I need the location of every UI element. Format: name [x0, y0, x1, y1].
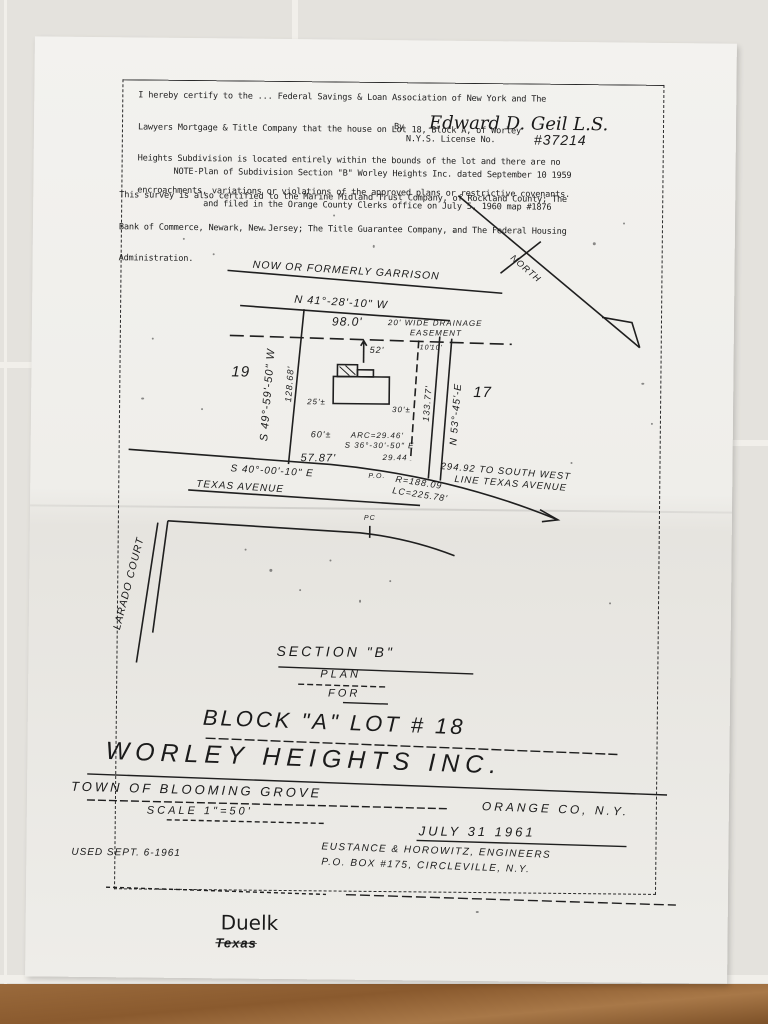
section-title: SECTION "B" [276, 643, 395, 660]
photocopy-speckle [152, 338, 154, 340]
photocopy-speckle [263, 229, 266, 231]
photocopy-speckle [299, 589, 301, 591]
point-label: P.O. [368, 473, 385, 480]
pc-label: PC [364, 515, 376, 522]
plat-drawing [25, 36, 737, 983]
tile-grout [4, 0, 7, 1024]
easement-label-2: EASEMENT [410, 328, 462, 338]
photocopy-speckle [333, 214, 335, 216]
photocopy-speckle [201, 408, 203, 410]
photocopy-speckle [623, 223, 625, 225]
photocopy-speckle [570, 462, 572, 464]
north-arrow-line [457, 196, 642, 348]
easement-width-right: 10' [431, 345, 443, 352]
photocopy-speckle [609, 602, 611, 604]
chord-bearing-label: S 36°-30'-50" E [345, 441, 415, 451]
photocopy-speckle [453, 231, 455, 233]
photocopy-speckle [245, 549, 247, 551]
survey-document: I hereby certify to the ... Federal Savi… [25, 36, 737, 983]
photocopy-speckle [593, 242, 596, 245]
photocopy-speckle [183, 238, 185, 240]
handwritten-name: Duelk [221, 910, 279, 935]
wood-edge [0, 984, 768, 1024]
rear-setback-label: 52' [370, 345, 385, 355]
photocopy-speckle [476, 911, 479, 913]
lot-17-label: 17 [473, 384, 492, 401]
photocopy-speckle [329, 559, 331, 561]
photocopy-speckle [141, 397, 144, 399]
photocopy-speckle [641, 383, 644, 385]
photocopy-speckle [373, 245, 375, 248]
easement-label: 20' WIDE DRAINAGE [388, 318, 483, 328]
house-side-left: 25'± [307, 397, 326, 406]
lot-19-label: 19 [231, 363, 250, 380]
rear-distance-label: 98.0' [332, 314, 363, 328]
date-label: JULY 31 1961 [419, 823, 536, 839]
handwritten-street-struck: Texas [215, 935, 257, 950]
front-setback-label: 60'± [311, 429, 332, 439]
arc-label: ARC=29.46' [351, 431, 404, 441]
photocopy-speckle [389, 580, 391, 582]
plan-title: PLAN [320, 668, 361, 680]
photocopy-speckle [213, 253, 215, 255]
for-title: FOR [328, 687, 360, 699]
house-side-right: 30'± [392, 405, 411, 414]
photocopy-speckle [269, 569, 272, 572]
photocopy-speckle [651, 423, 653, 425]
front-distance-label: 57.87' [300, 452, 336, 464]
revised-label: USED SEPT. 6-1961 [71, 847, 181, 859]
chord-label: 29.44 [383, 453, 408, 462]
scale-label: SCALE 1"=50' [147, 805, 253, 818]
photocopy-speckle [359, 600, 361, 603]
